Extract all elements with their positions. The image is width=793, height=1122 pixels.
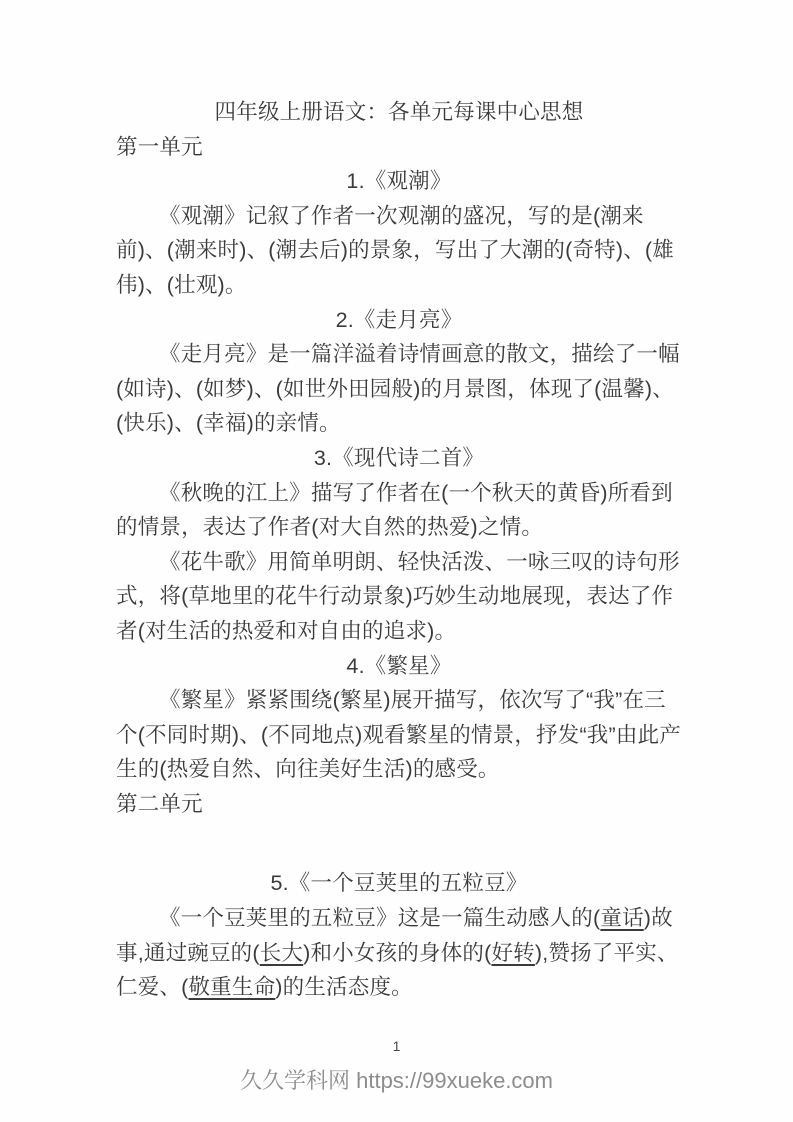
watermark: 久久学科网 https://99xueke.com — [0, 1064, 793, 1095]
lesson-1-heading: 1.《观潮》 — [116, 164, 682, 199]
lesson-3-summary-poem-1: 《秋晚的江上》描写了作者在(一个秋天的黄昏)所看到的情景，表达了作者(对大自然的… — [116, 476, 682, 545]
underlined-answer: 敬重生命 — [188, 975, 275, 999]
lesson-2-heading: 2.《走月亮》 — [116, 303, 682, 338]
lesson-4-summary: 《繁星》紧紧围绕(繁星)展开描写，依次写了“我”在三个(不同时期)、(不同地点)… — [116, 683, 682, 787]
lesson-3-heading: 3.《现代诗二首》 — [116, 441, 682, 476]
lesson-5-text: 《一个豆荚里的五粒豆》这是一篇生动感人的( — [159, 906, 600, 930]
underlined-answer: 长大 — [260, 941, 303, 965]
lesson-4-heading: 4.《繁星》 — [116, 649, 682, 684]
lesson-2-summary: 《走月亮》是一篇洋溢着诗情画意的散文，描绘了一幅(如诗)、(如梦)、(如世外田园… — [116, 337, 682, 441]
blank-line — [116, 821, 682, 866]
lesson-3-summary-poem-2: 《花牛歌》用简单明朗、轻快活泼、一咏三叹的诗句形式，将(草地里的花牛行动景象)巧… — [116, 545, 682, 649]
document-page: 四年级上册语文：各单元每课中心思想 第一单元 1.《观潮》 《观潮》记叙了作者一… — [0, 0, 793, 1122]
page-number: 1 — [0, 1038, 793, 1054]
document-content: 四年级上册语文：各单元每课中心思想 第一单元 1.《观潮》 《观潮》记叙了作者一… — [116, 95, 682, 1005]
page-title: 四年级上册语文：各单元每课中心思想 — [116, 95, 682, 130]
underlined-answer: 好转 — [491, 941, 534, 965]
unit-2-heading: 第二单元 — [116, 787, 682, 822]
lesson-5-heading: 5.《一个豆荚里的五粒豆》 — [116, 866, 682, 901]
lesson-1-summary: 《观潮》记叙了作者一次观潮的盛况，写的是(潮来前)、(潮来时)、(潮去后)的景象… — [116, 199, 682, 303]
lesson-5-text: )和小女孩的身体的( — [303, 941, 491, 965]
underlined-answer: 童话 — [600, 906, 643, 930]
unit-1-heading: 第一单元 — [116, 130, 682, 165]
lesson-5-summary: 《一个豆荚里的五粒豆》这是一篇生动感人的(童话)故事,通过豌豆的(长大)和小女孩… — [116, 901, 682, 1005]
lesson-5-text: )的生活态度。 — [275, 975, 413, 999]
